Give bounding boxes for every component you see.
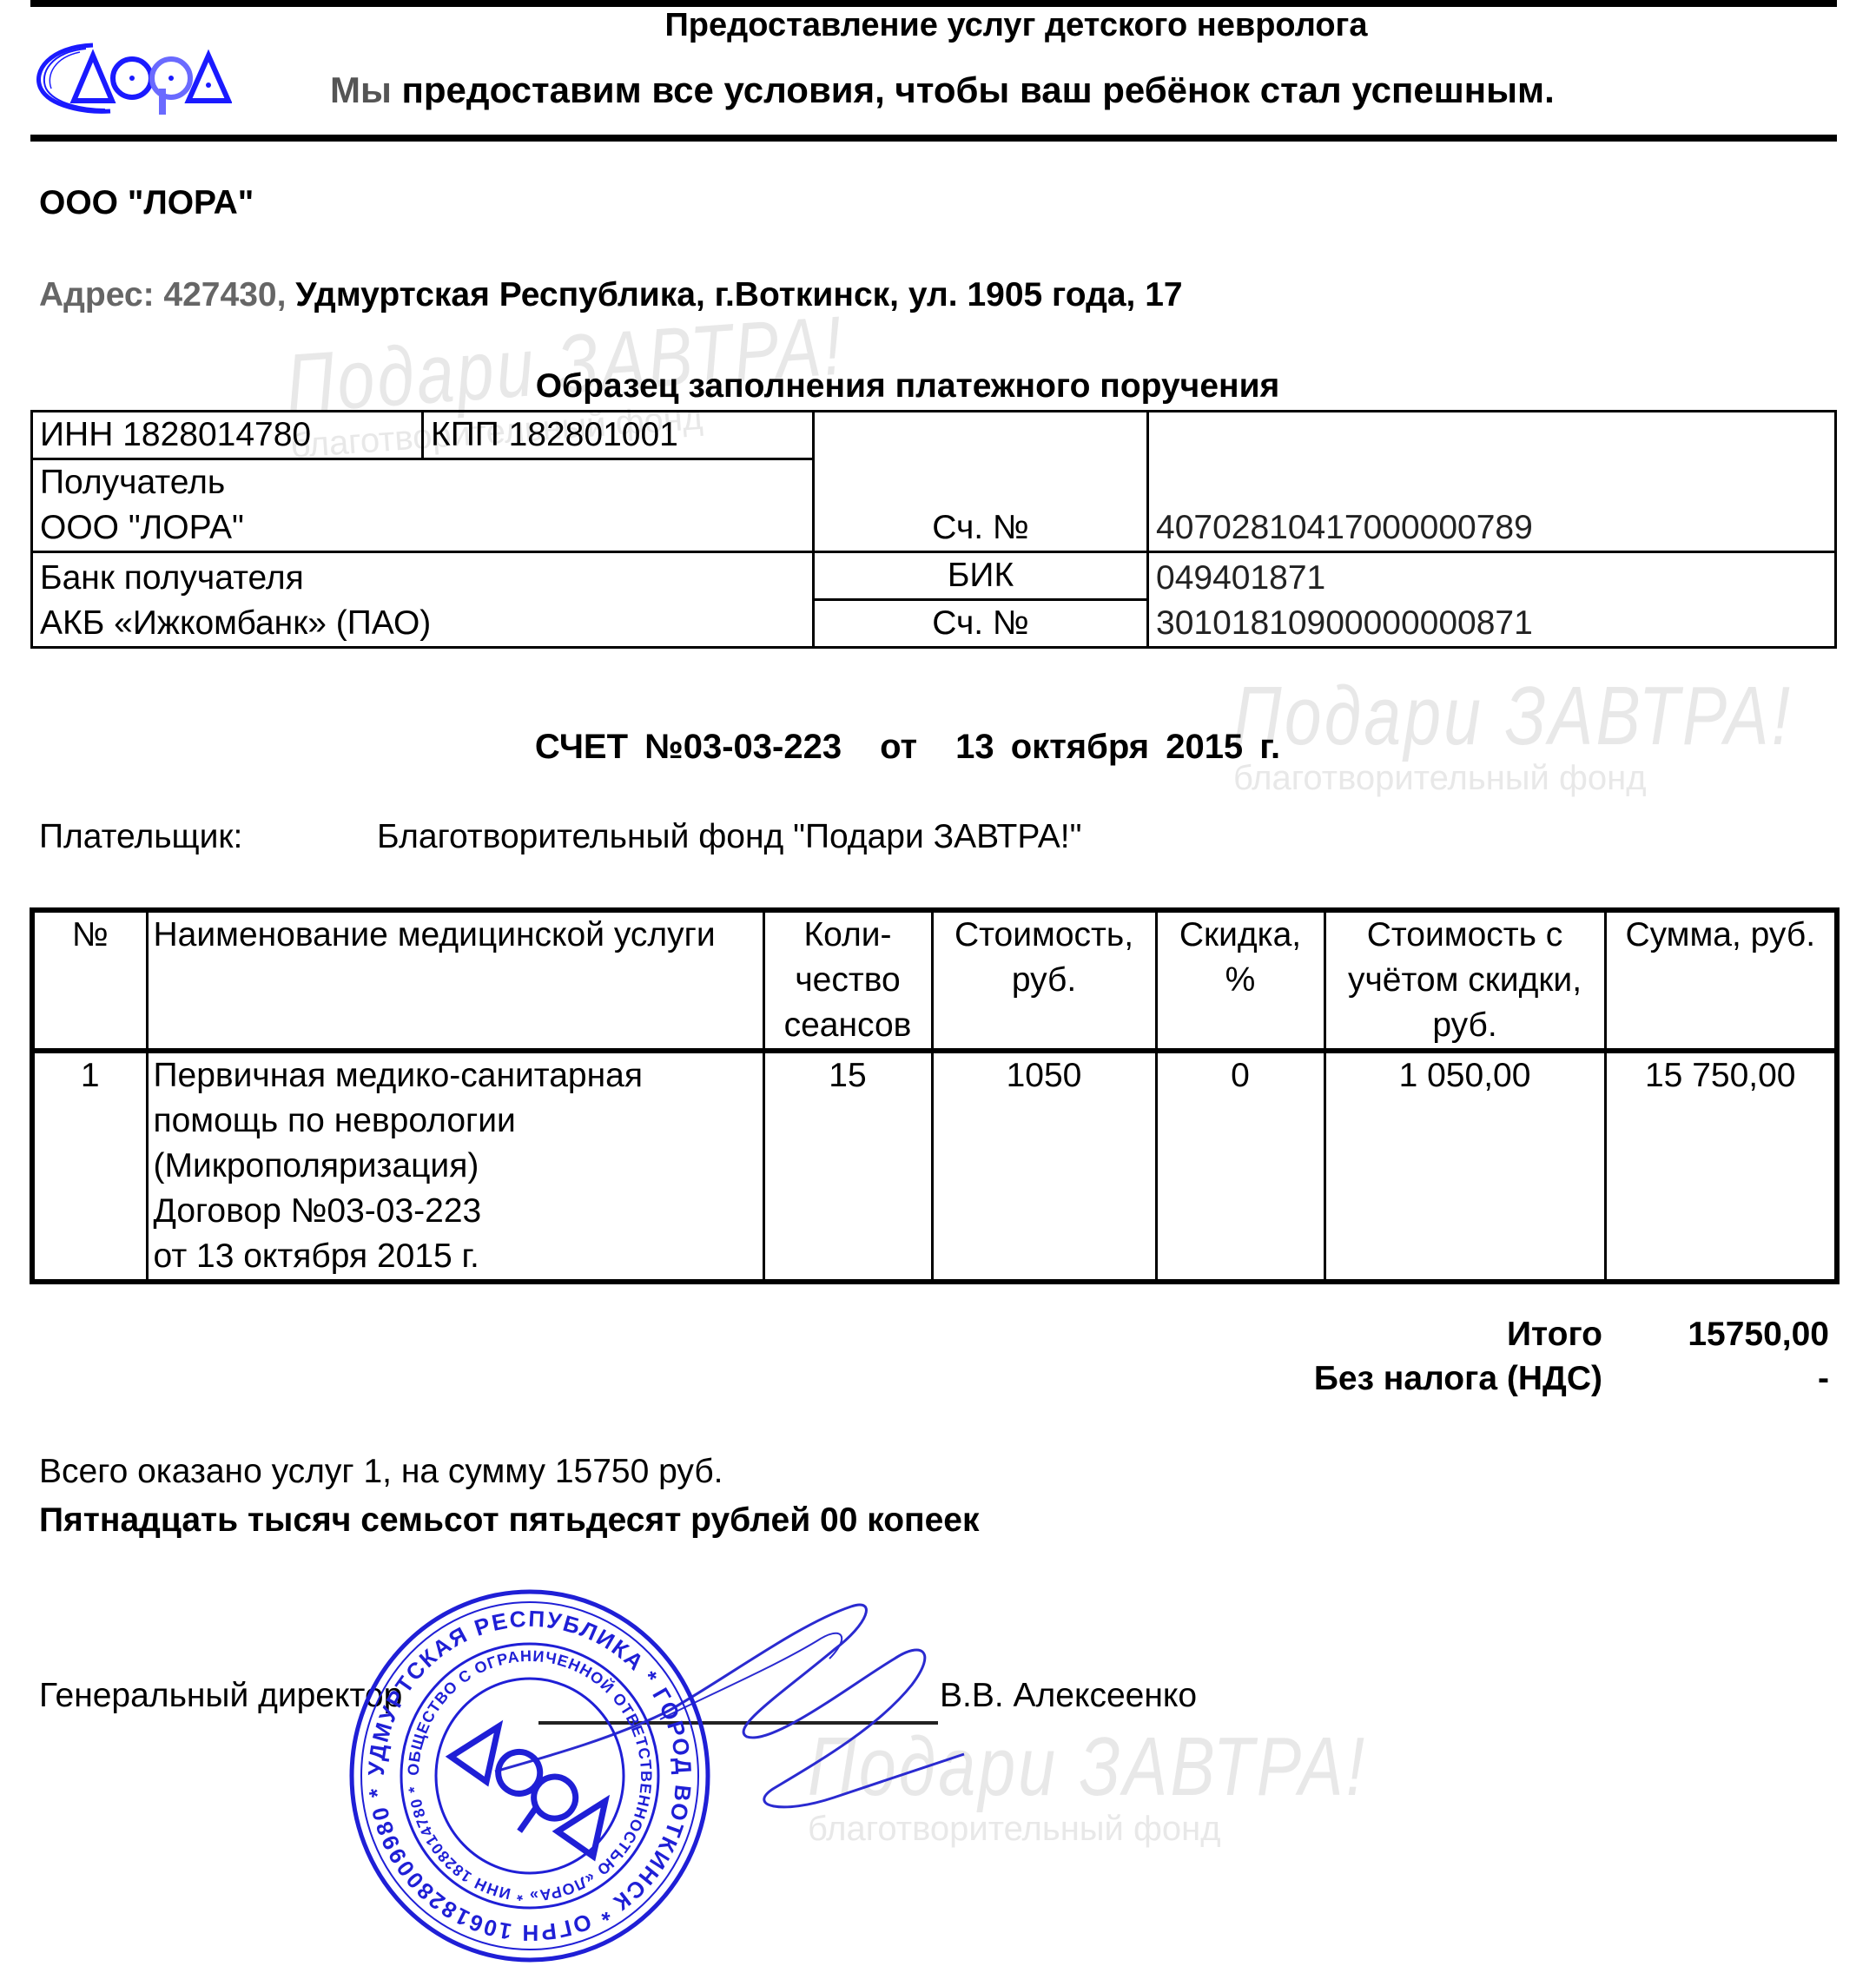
top-rule [30,0,1837,7]
col-quantity-header: Коли- чество сеансов [763,910,932,1051]
service-title: Предоставление услуг детского невролога [0,7,1876,44]
col-discount-header: Скидка, % [1156,910,1324,1051]
col-discount-cell: 0 [1156,1051,1324,1282]
table-header-row: №Наименование медицинской услугиКоли- че… [32,910,1837,1051]
col-number-header: № [32,910,147,1051]
col-service-name-cell: Первичная медико-санитарная помощь по не… [147,1051,763,1282]
col-sum-header: Сумма, руб. [1605,910,1837,1051]
services-table: №Наименование медицинской услугиКоли- че… [30,907,1840,1284]
account-label-cell: Сч. № [814,412,1148,552]
col-price-discounted-header: Стоимость с учётом скидки, руб. [1324,910,1605,1051]
amount-in-words: Пятнадцать тысяч семьсот пятьдесят рубле… [39,1501,980,1540]
tax-label: Без налога (НДС) [1314,1360,1602,1398]
company-stamp-icon: УДМУРТСКАЯ РЕСПУБЛИКА * ГОРОД ВОТКИНСК *… [343,1585,717,1967]
stamp-inner-text: ОБЩЕСТВО С ОГРАНИЧЕННОЙ ОТВЕТСТВЕННОСТЬЮ… [405,1647,655,1904]
signatory-name: В.В. Алексеенко [940,1677,1197,1715]
recipient-cell: ПолучательООО "ЛОРА" [32,459,814,552]
tax-value: - [1818,1360,1829,1398]
col-price-header: Стоимость, руб. [932,910,1156,1051]
table-row: 1Первичная медико-санитарная помощь по н… [32,1051,1837,1282]
col-quantity-cell: 15 [763,1051,932,1282]
header-rule [30,135,1837,142]
lora-logo-icon [32,36,232,116]
payer-value: Благотворительный фонд "Подари ЗАВТРА!" [377,818,1081,856]
company-name: ООО "ЛОРА" [39,184,254,222]
account-number-cell: 40702810417000000789 [1148,412,1836,552]
total-label: Итого [1507,1316,1602,1354]
services-summary: Всего оказано услуг 1, на сумму 15750 ру… [39,1453,723,1491]
bik-corr-cell: 04940187130101810900000000871 [1148,552,1836,648]
kpp-cell: КПП 182801001 [423,412,814,459]
svg-text:ОБЩЕСТВО С ОГРАНИЧЕННОЙ ОТВЕТС: ОБЩЕСТВО С ОГРАНИЧЕННОЙ ОТВЕТСТВЕННОСТЬЮ… [405,1647,655,1904]
bank-cell: Банк получателяАКБ «Ижкомбанк» (ПАО) [32,552,814,648]
payer-label: Плательщик: [39,818,242,856]
col-price-cell: 1050 [932,1051,1156,1282]
col-sum-cell: 15 750,00 [1605,1051,1837,1282]
payment-sample-title: Образец заполнения платежного поручения [0,367,1815,406]
invoice-title: СЧЕТ №03-03-223от13 октября 2015 г. [0,728,1815,767]
tagline: Мы предоставим все условия, чтобы ваш ре… [330,69,1555,111]
total-value: 15750,00 [1688,1316,1829,1354]
bik-label-cell: БИК [814,552,1148,600]
col-service-name-header: Наименование медицинской услуги [147,910,763,1051]
col-price-discounted-cell: 1 050,00 [1324,1051,1605,1282]
bank-details-table: ИНН 1828014780 КПП 182801001 Сч. № 40702… [30,410,1837,649]
company-address: Адрес: 427430, Удмуртская Республика, г.… [39,276,1183,314]
col-number-cell: 1 [32,1051,147,1282]
corr-account-label-cell: Сч. № [814,600,1148,648]
inn-cell: ИНН 1828014780 [32,412,423,459]
